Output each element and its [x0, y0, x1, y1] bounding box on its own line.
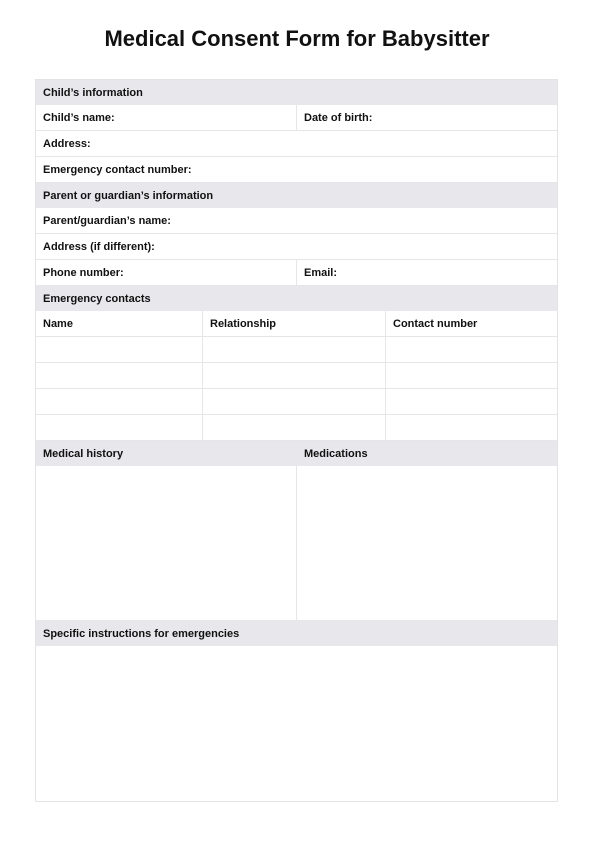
child-address-field[interactable]: Address: [36, 131, 557, 156]
section-child-info: Child’s information [36, 80, 557, 105]
contact-relationship-cell[interactable] [203, 363, 386, 388]
medications-heading: Medications [297, 441, 557, 466]
parent-address-row: Address (if different): [36, 234, 557, 260]
contact-number-cell[interactable] [386, 389, 557, 414]
medical-history-field[interactable] [36, 466, 297, 621]
contact-number-cell[interactable] [386, 363, 557, 388]
contact-number-cell[interactable] [386, 415, 557, 440]
contact-relationship-cell[interactable] [203, 389, 386, 414]
section-instructions: Specific instructions for emergencies [36, 621, 557, 646]
section-heading: Specific instructions for emergencies [36, 621, 557, 646]
contact-number-cell[interactable] [386, 337, 557, 362]
section-heading: Parent or guardian’s information [36, 183, 557, 208]
phone-number-field[interactable]: Phone number: [36, 260, 297, 285]
contact-name-cell[interactable] [36, 363, 203, 388]
section-emergency-contacts: Emergency contacts [36, 286, 557, 311]
emergency-number-row: Emergency contact number: [36, 157, 557, 183]
table-row [36, 363, 557, 389]
child-name-row: Child’s name: Date of birth: [36, 105, 557, 131]
parent-name-row: Parent/guardian’s name: [36, 208, 557, 234]
contact-relationship-cell[interactable] [203, 337, 386, 362]
date-of-birth-field[interactable]: Date of birth: [297, 105, 557, 130]
instructions-row [36, 646, 557, 801]
contact-name-cell[interactable] [36, 389, 203, 414]
consent-form: Child’s information Child’s name: Date o… [35, 79, 558, 802]
emergency-contact-number-field[interactable]: Emergency contact number: [36, 157, 557, 182]
column-header-relationship: Relationship [203, 311, 386, 336]
column-header-contact-number: Contact number [386, 311, 557, 336]
contact-name-cell[interactable] [36, 337, 203, 362]
table-row [36, 337, 557, 363]
parent-address-field[interactable]: Address (if different): [36, 234, 557, 259]
emergency-instructions-field[interactable] [36, 646, 557, 801]
medications-field[interactable] [297, 466, 557, 621]
section-heading: Child’s information [36, 80, 557, 105]
medical-history-heading: Medical history [36, 441, 297, 466]
page-title: Medical Consent Form for Babysitter [0, 26, 594, 52]
table-row [36, 415, 557, 441]
section-heading: Emergency contacts [36, 286, 557, 311]
contact-name-cell[interactable] [36, 415, 203, 440]
column-header-name: Name [36, 311, 203, 336]
section-parent-info: Parent or guardian’s information [36, 183, 557, 208]
contact-relationship-cell[interactable] [203, 415, 386, 440]
emergency-table-header: Name Relationship Contact number [36, 311, 557, 337]
parent-contact-row: Phone number: Email: [36, 260, 557, 286]
table-row [36, 389, 557, 415]
child-address-row: Address: [36, 131, 557, 157]
child-name-field[interactable]: Child’s name: [36, 105, 297, 130]
medical-boxes-row [36, 466, 557, 621]
section-medical: Medical history Medications [36, 441, 557, 466]
email-field[interactable]: Email: [297, 260, 557, 285]
parent-name-field[interactable]: Parent/guardian’s name: [36, 208, 557, 233]
